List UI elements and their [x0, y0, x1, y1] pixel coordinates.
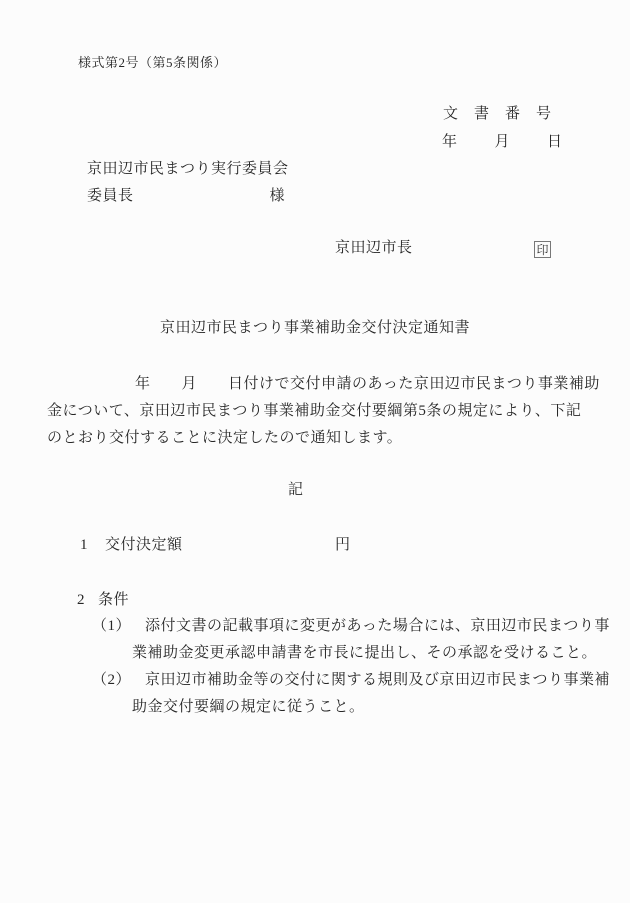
condition-2-line: 助金交付要綱の規定に従うこと。 — [132, 699, 365, 716]
item1-label: 交付決定額 — [105, 537, 183, 554]
condition-2-line: 京田辺市補助金等の交付に関する規則及び京田辺市民まつり事業補 — [145, 672, 610, 689]
doc-number-label: 文 書 番 号 — [443, 106, 552, 123]
addressee-role: 委員長 — [87, 188, 134, 205]
date-line: 年 月 日 — [442, 134, 565, 151]
amount-unit: 円 — [335, 537, 351, 554]
item2-number: 2 — [77, 592, 85, 609]
item2-label: 条件 — [98, 592, 129, 609]
record-marker: 記 — [288, 482, 304, 499]
document-page: 様式第2号（第5条関係） 文 書 番 号 年 月 日 京田辺市民まつり実行委員会… — [0, 0, 630, 903]
addressee-organization: 京田辺市民まつり実行委員会 — [87, 161, 289, 178]
seal-stamp-box: 印 — [534, 241, 551, 258]
item1-number: 1 — [80, 537, 88, 554]
body-line: のとおり交付することに決定したので通知します。 — [47, 430, 402, 447]
body-line: 年 月 日付けで交付申請のあった京田辺市民まつり事業補助 — [135, 376, 600, 393]
addressee-row: 委員長 様 — [87, 188, 285, 205]
condition-1-line: 業補助金変更承認申請書を市長に提出し、その承認を受けること。 — [132, 645, 597, 662]
form-number: 様式第2号（第5条関係） — [78, 54, 227, 71]
condition-2-label: （2） — [92, 672, 131, 689]
document-title: 京田辺市民まつり事業補助金交付決定通知書 — [0, 320, 630, 337]
condition-1-line: 添付文書の記載事項に変更があった場合には、京田辺市民まつり事 — [145, 618, 610, 635]
condition-1-label: （1） — [92, 618, 131, 635]
seal-mark: 印 — [536, 241, 548, 258]
body-line: 金について、京田辺市民まつり事業補助金交付要綱第5条の規定により、下記 — [47, 403, 581, 420]
addressee-honorific: 様 — [269, 188, 285, 205]
sender-title: 京田辺市長 — [335, 240, 413, 257]
